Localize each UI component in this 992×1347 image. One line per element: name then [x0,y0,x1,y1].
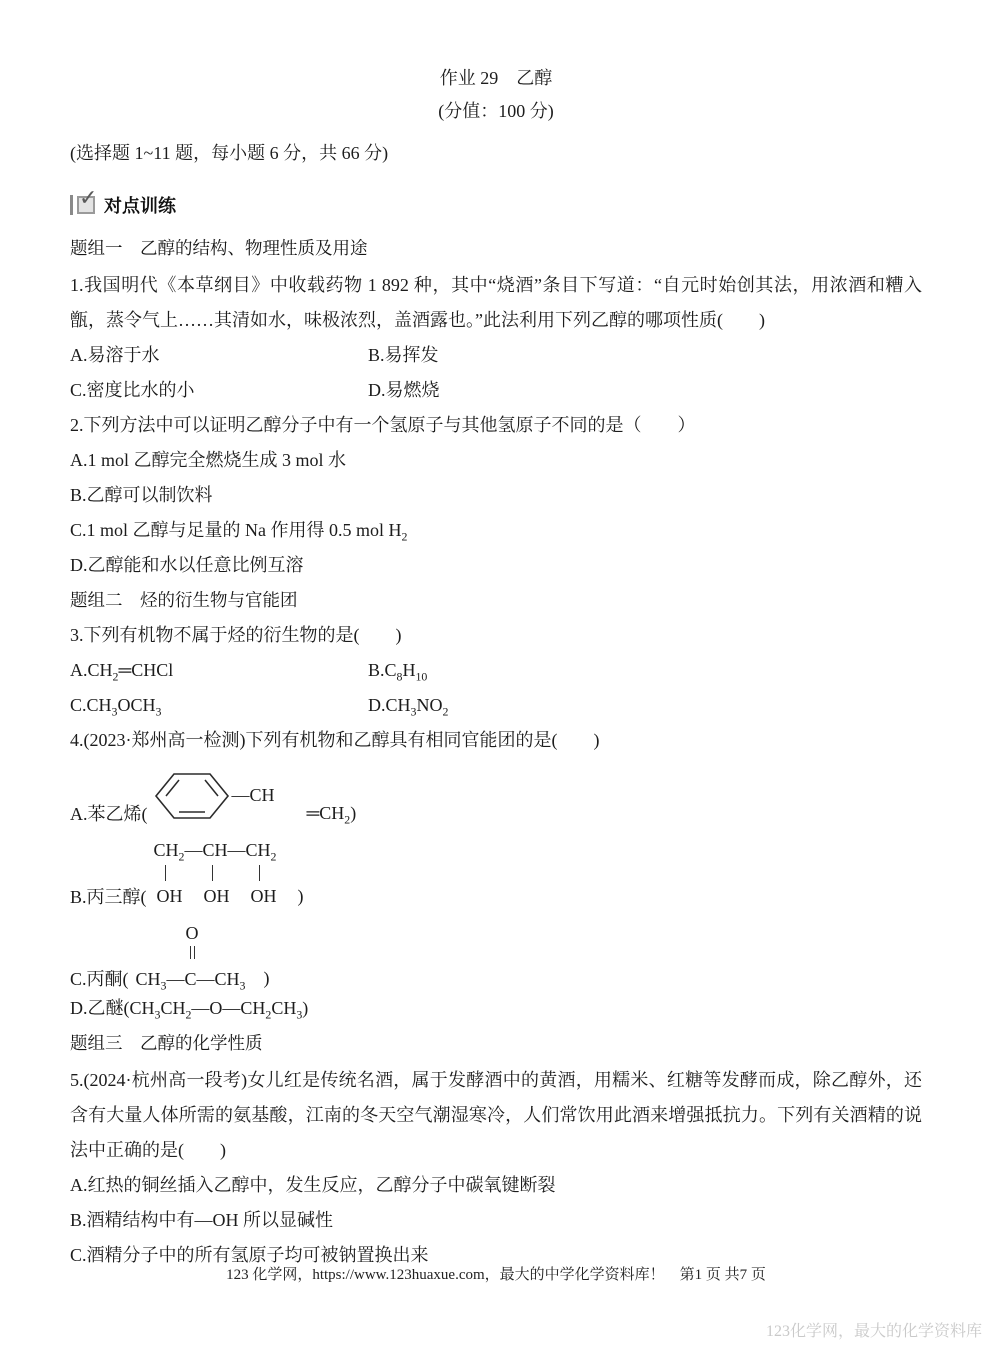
group-heading-1: 题组一 乙醇的结构、物理性质及用途 [70,231,922,266]
double-bond-line [190,946,195,959]
option-1a: A.易溶于水 [70,338,368,373]
option-5a: A.红热的铜丝插入乙醇中，发生反应，乙醇分子中碳氧键断裂 [70,1168,922,1203]
glycerol-structure: CH2—CH—CH2 OH OH OH [154,839,284,909]
question-3-options: A.CH2═CHCl B.C8H10 C.CH3OCH3 D.CH3NO2 [70,653,922,723]
option-4d: D.乙醚(CH3CH2—O—CH2CH3) [70,991,922,1026]
trainer-label: 对点训练 [104,192,176,218]
watermark: 123化学网，最大的化学资料库 [766,1318,982,1341]
option-4c-acetone: C.丙酮( O CH3—C—CH3 ) [70,917,922,991]
question-1-text: 1.我国明代《本草纲目》中收载药物 1 892 种，其中“烧酒”条目下写道：“自… [70,268,922,338]
hydroxyl-group: OH [251,885,277,907]
styrene-ch2-group: ═CH2) [307,800,357,826]
benzene-ring-icon [153,769,231,823]
option-3d: D.CH3NO2 [368,688,922,723]
option-4b-glycerol: B.丙三醇( CH2—CH—CH2 OH OH OH ) [70,833,922,909]
close-paren: ) [298,883,304,909]
option-1c: C.密度比水的小 [70,373,368,408]
carbonyl-oxygen: O [186,923,199,943]
question-5-options: A.红热的铜丝插入乙醇中，发生反应，乙醇分子中碳氧键断裂 B.酒精结构中有—OH… [70,1168,922,1273]
acetone-structure: O CH3—C—CH3 [136,923,248,991]
question-4-text: 4.(2023·郑州高一检测)下列有机物和乙醇具有相同官能团的是( ) [70,723,922,758]
option-5b: B.酒精结构中有—OH 所以显碱性 [70,1203,922,1238]
worksheet-page: 作业 29 乙醇 (分值：100 分) (选择题 1~11 题，每小题 6 分，… [0,0,992,1347]
group-heading-2: 题组二 烃的衍生物与官能团 [70,583,922,618]
option-4a-styrene: A.苯乙烯( —CH ═CH2) [70,766,922,826]
option-1b: B.易挥发 [368,338,922,373]
option-4b-label: B.丙三醇( [70,883,147,909]
question-5-text: 5.(2024·杭州高一段考)女儿红是传统名酒，属于发酵酒中的黄酒，用糯米、红糖… [70,1063,922,1168]
page-title: 作业 29 乙醇 [70,62,922,95]
trainer-banner: ✓ 对点训练 [70,191,922,219]
close-paren: ) [264,965,270,991]
option-2d: D.乙醇能和水以任意比例互溶 [70,548,922,583]
option-3a: A.CH2═CHCl [70,653,368,688]
option-4a-label: A.苯乙烯( [70,800,148,826]
option-2c: C.1 mol 乙醇与足量的 Na 作用得 0.5 mol H2 [70,513,922,548]
option-2a: A.1 mol 乙醇完全燃烧生成 3 mol 水 [70,443,922,478]
checkbox-icon: ✓ [77,196,95,214]
option-3c: C.CH3OCH3 [70,688,368,723]
question-3-text: 3.下列有机物不属于烃的衍生物的是( ) [70,618,922,653]
note-line: (选择题 1~11 题，每小题 6 分，共 66 分) [70,136,922,171]
question-2-text: 2.下列方法中可以证明乙醇分子中有一个氢原子与其他氢原子不同的是（ ） [70,408,922,443]
worksheet-content: 作业 29 乙醇 (分值：100 分) (选择题 1~11 题，每小题 6 分，… [70,62,922,1273]
option-3b: B.C8H10 [368,653,922,688]
option-1d: D.易燃烧 [368,373,922,408]
glycerol-backbone: CH2—CH—CH2 [154,839,277,861]
question-1-options: A.易溶于水 B.易挥发 C.密度比水的小 D.易燃烧 [70,338,922,408]
bond-line [165,865,166,881]
hydroxyl-group: OH [204,885,230,907]
bond-line [212,865,213,881]
bond-line [259,865,260,881]
option-2b: B.乙醇可以制饮料 [70,478,922,513]
score-line: (分值：100 分) [70,95,922,128]
banner-bar [70,195,73,215]
checkmark-icon: ✓ [79,188,97,210]
group-heading-3: 题组三 乙醇的化学性质 [70,1026,922,1061]
question-2-options: A.1 mol 乙醇完全燃烧生成 3 mol 水 B.乙醇可以制饮料 C.1 m… [70,443,922,583]
styrene-ch-group: —CH [232,785,275,805]
page-footer: 123 化学网，https://www.123huaxue.com，最大的中学化… [0,1263,992,1284]
acetone-backbone: CH3—C—CH3 [136,967,246,991]
hydroxyl-group: OH [157,885,183,907]
option-4c-label: C.丙酮( [70,965,129,991]
